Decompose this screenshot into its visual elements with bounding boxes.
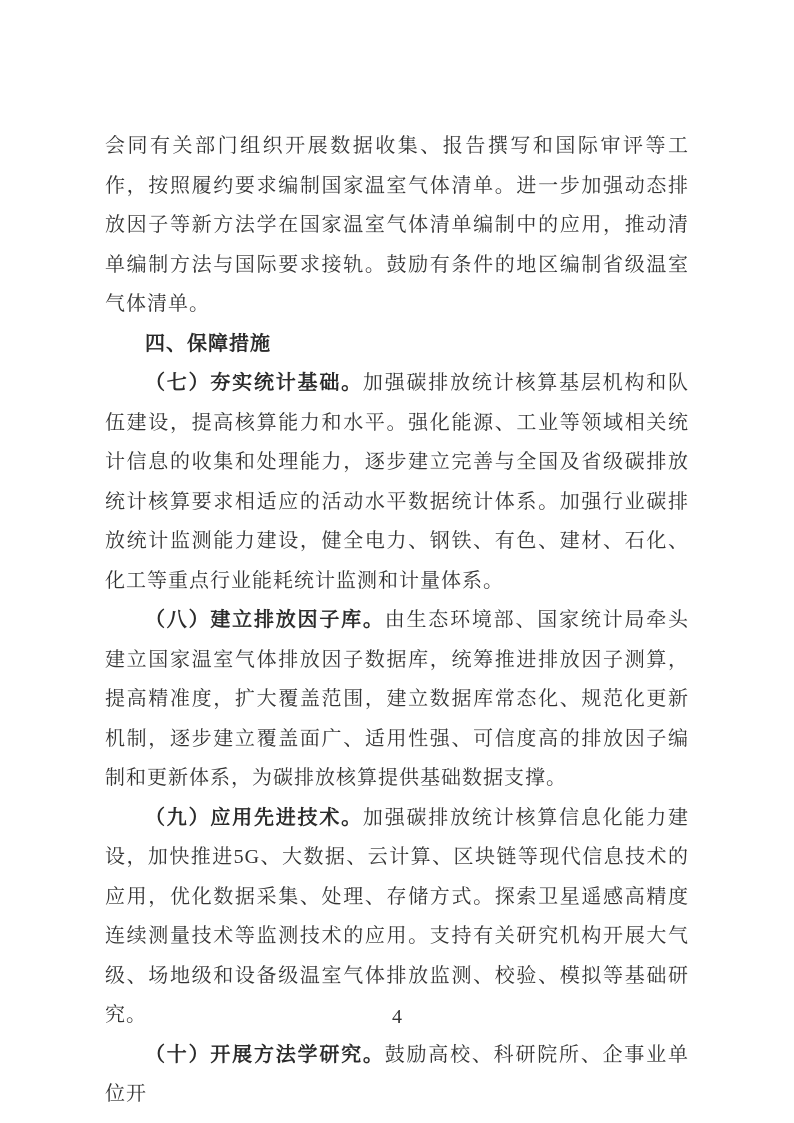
paragraph-lead: （八）建立排放因子库。 xyxy=(145,609,385,631)
policy-paragraph: （十）开展方法学研究。鼓励高校、科研院所、企事业单位开 xyxy=(105,1036,689,1115)
section-heading: 四、保障措施 xyxy=(105,325,689,365)
paragraph-text: 加强碳排放统计核算基层机构和队伍建设，提高核算能力和水平。强化能源、工业等领域相… xyxy=(105,372,689,592)
paragraph-text: 由生态环境部、国家统计局牵头建立国家温室气体排放因子数据库，统筹推进排放因子测算… xyxy=(105,609,689,789)
paragraph-lead: （七）夯实统计基础。 xyxy=(145,372,363,394)
document-body: 会同有关部门组织开展数据收集、报告撰写和国际审评等工作，按照履约要求编制国家温室… xyxy=(105,127,689,1115)
policy-paragraph: （八）建立排放因子库。由生态环境部、国家统计局牵头建立国家温室气体排放因子数据库… xyxy=(105,601,689,799)
paragraph-lead: （十）开展方法学研究。 xyxy=(145,1044,385,1066)
policy-paragraph: （九）应用先进技术。加强碳排放统计核算信息化能力建设，加快推进5G、大数据、云计… xyxy=(105,799,689,1036)
continuation-paragraph: 会同有关部门组织开展数据收集、报告撰写和国际审评等工作，按照履约要求编制国家温室… xyxy=(105,127,689,325)
page-number: 4 xyxy=(0,1002,794,1032)
paragraph-text: 加强碳排放统计核算信息化能力建设，加快推进5G、大数据、云计算、区块链等现代信息… xyxy=(105,807,689,1027)
policy-paragraph: （七）夯实统计基础。加强碳排放统计核算基层机构和队伍建设，提高核算能力和水平。强… xyxy=(105,364,689,601)
paragraph-lead: （九）应用先进技术。 xyxy=(145,807,363,829)
document-page: 会同有关部门组织开展数据收集、报告撰写和国际审评等工作，按照履约要求编制国家温室… xyxy=(0,0,794,1123)
